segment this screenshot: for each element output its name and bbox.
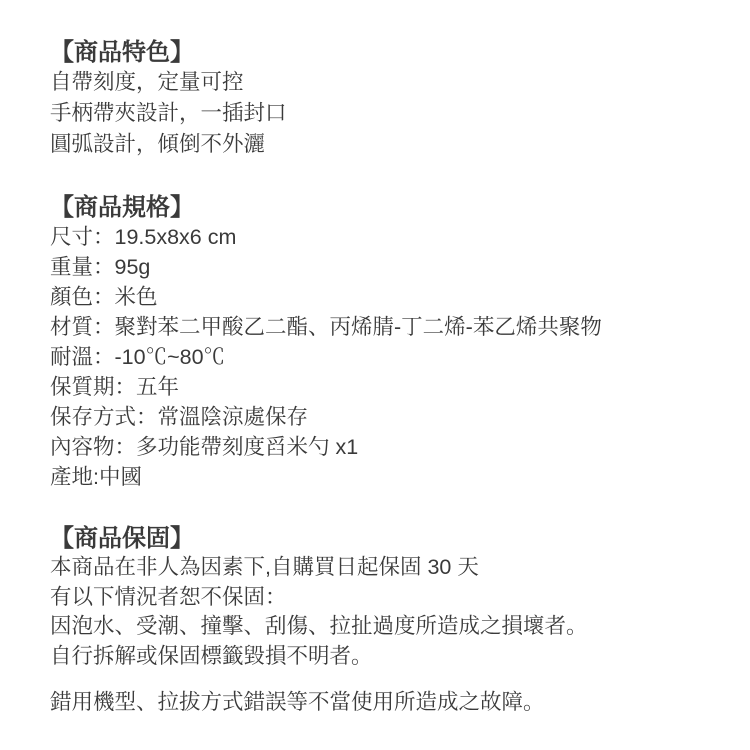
section-features-heading: 【商品特色】 — [50, 38, 720, 67]
paragraph-gap — [50, 671, 720, 688]
warranty-line: 因泡水、受潮、撞擊、刮傷、拉扯過度所造成之損壞者。 — [50, 612, 720, 642]
spec-line-dimensions: 尺寸：19.5x8x6 cm — [50, 222, 720, 252]
spec-line-temperature: 耐溫：-10℃~80℃ — [50, 342, 720, 372]
section-specs-heading: 【商品規格】 — [50, 193, 720, 222]
spec-line-weight: 重量：95g — [50, 252, 720, 282]
spec-line-shelf-life: 保質期：五年 — [50, 372, 720, 402]
warranty-line: 有以下情況者恕不保固： — [50, 583, 720, 613]
spec-line-color: 顏色：米色 — [50, 282, 720, 312]
spec-line-origin: 產地:中國 — [50, 462, 720, 492]
product-description-page: 【商品特色】 自帶刻度，定量可控 手柄帶夾設計，一插封口 圓弧設計，傾倒不外灑 … — [0, 0, 750, 750]
feature-line: 自帶刻度，定量可控 — [50, 67, 720, 98]
spec-line-material: 材質：聚對苯二甲酸乙二酯、丙烯腈-丁二烯-苯乙烯共聚物 — [50, 312, 720, 342]
warranty-footer-line: 錯用機型、拉拔方式錯誤等不當使用所造成之故障。 — [50, 688, 720, 718]
spec-line-contents: 內容物：多功能帶刻度舀米勺 x1 — [50, 432, 720, 462]
section-specs: 【商品規格】 尺寸：19.5x8x6 cm 重量：95g 顏色：米色 材質：聚對… — [50, 193, 720, 492]
feature-line: 手柄帶夾設計，一插封口 — [50, 98, 720, 129]
section-gap — [50, 160, 720, 193]
section-features: 【商品特色】 自帶刻度，定量可控 手柄帶夾設計，一插封口 圓弧設計，傾倒不外灑 — [50, 38, 720, 160]
warranty-line: 本商品在非人為因素下,自購買日起保固 30 天 — [50, 553, 720, 583]
section-warranty-heading: 【商品保固】 — [50, 524, 720, 553]
section-gap — [50, 492, 720, 524]
feature-line: 圓弧設計，傾倒不外灑 — [50, 129, 720, 160]
warranty-line: 自行拆解或保固標籤毀損不明者。 — [50, 642, 720, 672]
section-warranty: 【商品保固】 本商品在非人為因素下,自購買日起保固 30 天 有以下情況者恕不保… — [50, 524, 720, 718]
spec-line-storage: 保存方式：常溫陰涼處保存 — [50, 402, 720, 432]
